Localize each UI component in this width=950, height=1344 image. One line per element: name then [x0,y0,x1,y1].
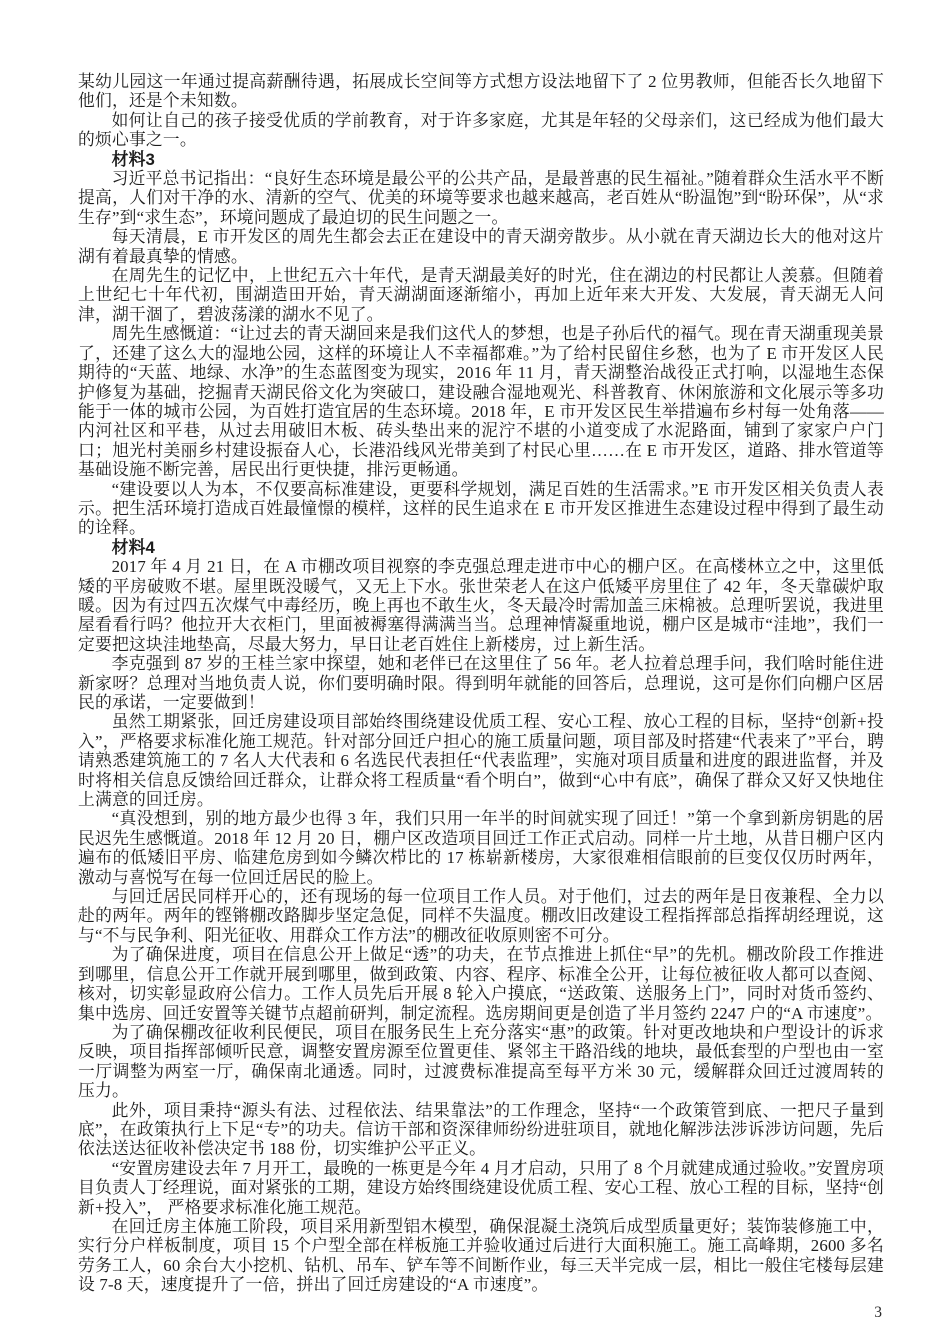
paragraph: “安置房建设去年 7 月开工，最晚的一栋更是今年 4 月才启动，只用了 8 个月… [78,1159,884,1217]
material-4-heading: 材料4 [78,538,884,557]
paragraph: 为了确保进度，项目在信息公开上做足“透”的功夫，在节点推进上抓住“早”的先机。棚… [78,945,884,1023]
paragraph: 习近平总书记指出：“良好生态环境是最公平的公共产品，是最普惠的民生福祉。”随着群… [78,169,884,227]
paragraph: 周先生感慨道：“让过去的青天湖回来是我们这代人的梦想，也是子孙后代的福气。现在青… [78,324,884,479]
paragraph: 此外，项目秉持“源头有法、过程依法、结果靠法”的工作理念，坚持“一个政策管到底、… [78,1101,884,1159]
paragraph: 在周先生的记忆中，上世纪五六十年代，是青天湖最美好的时光，住在湖边的村民都让人羡… [78,266,884,324]
paragraph: 为了确保棚改征收利民便民，项目在服务民生上充分落实“惠”的政策。针对更改地块和户… [78,1023,884,1101]
paragraph: 李克强到 87 岁的王桂兰家中探望，她和老伴已在这里住了 56 年。老人拉着总理… [78,654,884,712]
paragraph: 虽然工期紧张，回迁房建设项目部始终围绕建设优质工程、安心工程、放心工程的目标，坚… [78,712,884,809]
page-number: 3 [874,1304,882,1322]
paragraph: “建设要以人为本，不仅要高标准建设，更要科学规划，满足百姓的生活需求。”E 市开… [78,480,884,538]
paragraph: 如何让自己的孩子接受优质的学前教育，对于许多家庭，尤其是年轻的父母亲们，这已经成… [78,111,884,150]
document-content: 某幼儿园这一年通过提高薪酬待遇，拓展成长空间等方式想方设法地留下了 2 位男教师… [78,72,884,1295]
paragraph: 某幼儿园这一年通过提高薪酬待遇，拓展成长空间等方式想方设法地留下了 2 位男教师… [78,72,884,111]
paragraph: 2017 年 4 月 21 日，在 A 市棚改项目视察的李克强总理走进市中心的棚… [78,557,884,654]
material-3-heading: 材料3 [78,150,884,169]
document-page: 某幼儿园这一年通过提高薪酬待遇，拓展成长空间等方式想方设法地留下了 2 位男教师… [0,0,950,1344]
paragraph: 与回迁居民同样开心的，还有现场的每一位项目工作人员。对于他们，过去的两年是日夜兼… [78,887,884,945]
paragraph: “真没想到，别的地方最少也得 3 年，我们只用一年半的时间就实现了回迁！”第一个… [78,809,884,887]
paragraph: 在回迁房主体施工阶段，项目采用新型铝木模型，确保混凝土浇筑后成型质量更好；装饰装… [78,1217,884,1295]
paragraph: 每天清晨，E 市开发区的周先生都会去正在建设中的青天湖旁散步。从小就在青天湖边长… [78,227,884,266]
